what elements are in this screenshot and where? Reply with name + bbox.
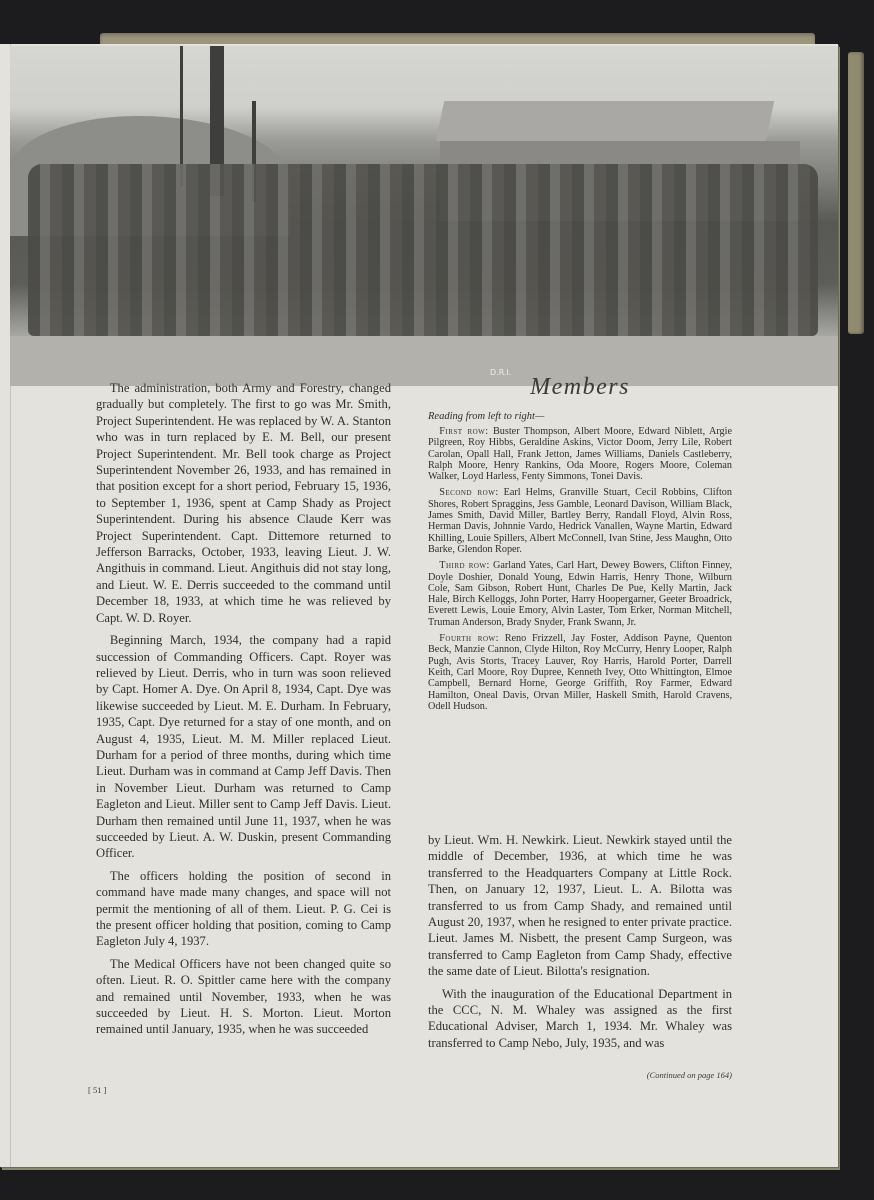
left-column-text: The administration, both Army and Forest…	[96, 380, 391, 1044]
members-section: Members Reading from left to right— Firs…	[428, 370, 732, 717]
row-label: First row:	[439, 426, 488, 437]
row-names: Reno Frizzell, Jay Foster, Addison Payne…	[428, 633, 732, 712]
right-column-text: by Lieut. Wm. H. Newkirk. Lieut. Newkirk…	[428, 832, 732, 1057]
photo-members-rows	[28, 164, 818, 336]
paragraph: by Lieut. Wm. H. Newkirk. Lieut. Newkirk…	[428, 832, 732, 980]
row-label: Fourth row:	[439, 633, 499, 644]
paragraph: The officers holding the position of sec…	[96, 868, 391, 950]
paragraph: Beginning March, 1934, the company had a…	[96, 632, 391, 862]
members-row-third: Third row: Garland Yates, Carl Hart, Dew…	[428, 560, 732, 628]
paragraph: With the inauguration of the Educational…	[428, 986, 732, 1052]
row-label: Second row:	[439, 487, 498, 498]
continued-note: (Continued on page 164)	[428, 1070, 732, 1080]
paragraph: The Medical Officers have not been chang…	[96, 956, 391, 1038]
members-row-first: First row: Buster Thompson, Albert Moore…	[428, 426, 732, 482]
members-row-fourth: Fourth row: Reno Frizzell, Jay Foster, A…	[428, 633, 732, 712]
page-number: [ 51 ]	[88, 1085, 106, 1095]
reading-direction-note: Reading from left to right—	[428, 411, 732, 422]
photo-barracks-roof	[436, 101, 775, 141]
members-row-second: Second row: Earl Helms, Granville Stuart…	[428, 487, 732, 555]
binding-strip	[848, 52, 864, 334]
group-photograph: D.R.I.	[10, 46, 838, 386]
paragraph: The administration, both Army and Forest…	[96, 380, 391, 626]
members-heading: Members	[428, 374, 732, 401]
row-label: Third row:	[439, 560, 490, 571]
